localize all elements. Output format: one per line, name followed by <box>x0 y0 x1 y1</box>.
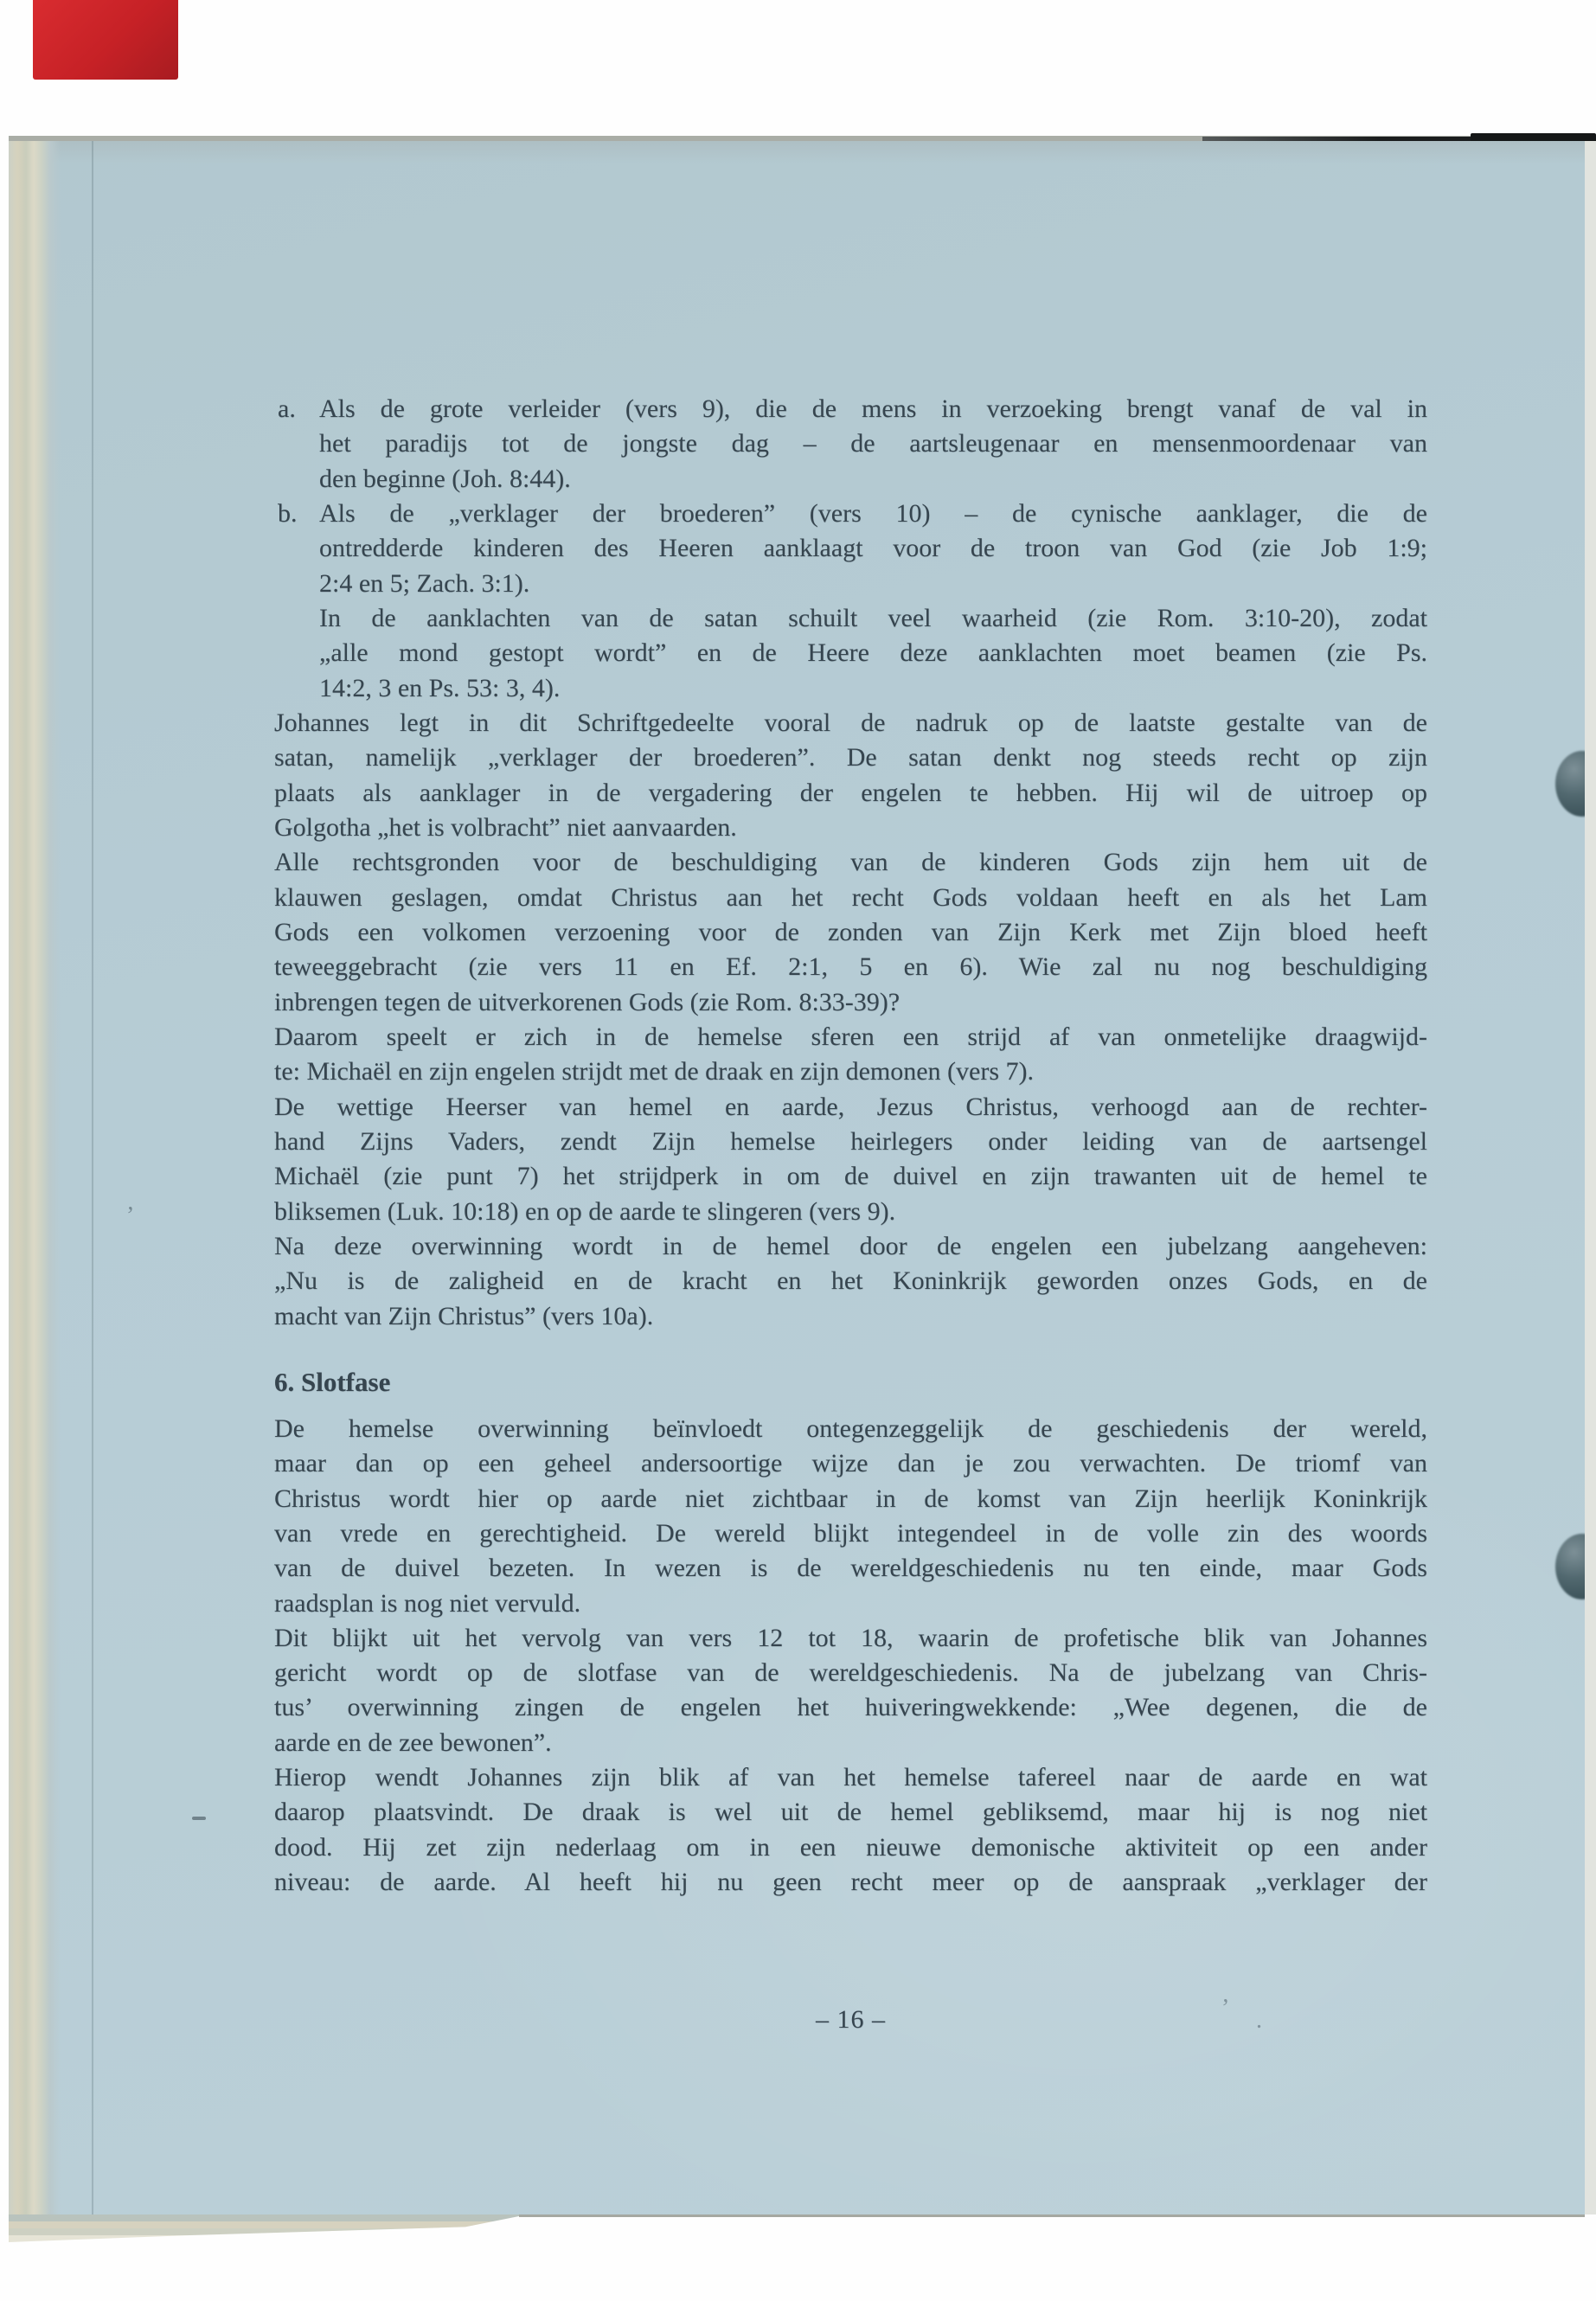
text-line: gericht wordt op de slotfase van de were… <box>274 1656 1427 1690</box>
text-line: teweeggebracht (zie vers 11 en Ef. 2:1, … <box>274 950 1427 984</box>
text-line: 14:2, 3 en Ps. 53: 3, 4). <box>319 671 1427 706</box>
scanned-document-page: a. Als de grote verleider (vers 9), die … <box>0 0 1596 2301</box>
text-line: van vrede en gerechtigheid. De wereld bl… <box>274 1516 1427 1551</box>
text-line: van de duivel bezeten. In wezen is de we… <box>274 1551 1427 1586</box>
paragraph: De wettige Heerser van hemel en aarde, J… <box>274 1090 1427 1229</box>
text-line: den beginne (Joh. 8:44). <box>319 462 1427 497</box>
text-line: niveau: de aarde. Al heeft hij nu geen r… <box>274 1865 1427 1900</box>
paragraph: Na deze overwinning wordt in de hemel do… <box>274 1229 1427 1334</box>
margin-mark-apostrophe: ’ <box>1221 1997 1229 2021</box>
text-line: macht van Zijn Christus” (vers 10a). <box>274 1299 1427 1334</box>
text-line: De hemelse overwinning beïnvloedt ontege… <box>274 1412 1427 1446</box>
page-stack-bottom-edge <box>9 2214 528 2242</box>
text-line: In de aanklachten van de satan schuilt v… <box>319 601 1427 636</box>
text-line: maar dan op een geheel andersoortige wij… <box>274 1446 1427 1481</box>
paragraph: Daarom speelt er zich in de hemelse sfer… <box>274 1020 1427 1090</box>
text-line: hand Zijns Vaders, zendt Zijn hemelse he… <box>274 1125 1427 1159</box>
text-line: Golgotha „het is volbracht” niet aanvaar… <box>274 811 1427 845</box>
text-line: 2:4 en 5; Zach. 3:1). <box>319 567 1427 601</box>
text-line: te: Michaël en zijn engelen strijdt met … <box>274 1054 1427 1089</box>
body-text: a. Als de grote verleider (vers 9), die … <box>274 392 1427 1900</box>
paragraph: De hemelse overwinning beïnvloedt ontege… <box>274 1412 1427 1621</box>
text-line: „Nu is de zaligheid en de kracht en het … <box>274 1264 1427 1298</box>
text-line: Daarom speelt er zich in de hemelse sfer… <box>274 1020 1427 1054</box>
margin-mark-dash <box>192 1817 206 1820</box>
page-crease <box>92 141 93 2214</box>
list-marker-b: b. <box>278 497 298 531</box>
text-line: Johannes legt in dit Schriftgedeelte voo… <box>274 706 1427 740</box>
page-number: – 16 – <box>274 2005 1427 2035</box>
margin-mark-comma: ’ <box>126 1204 134 1228</box>
text-line: Als de „verklager der broederen” (vers 1… <box>319 497 1427 531</box>
text-line: Alle rechtsgronden voor de beschuldiging… <box>274 845 1427 880</box>
text-line: dood. Hij zet zijn nederlaag om in een n… <box>274 1830 1427 1865</box>
text-line: inbrengen tegen de uitverkorenen Gods (z… <box>274 985 1427 1020</box>
text-line: klauwen geslagen, omdat Christus aan het… <box>274 881 1427 915</box>
text-line: het paradijs tot de jongste dag – de aar… <box>319 426 1427 461</box>
page-stack-left-edge <box>9 141 61 2214</box>
paragraph: Dit blijkt uit het vervolg van vers 12 t… <box>274 1621 1427 1760</box>
text-line: Hierop wendt Johannes zijn blik af van h… <box>274 1760 1427 1795</box>
text-line: satan, namelijk „verklager der broederen… <box>274 740 1427 775</box>
text-line: aarde en de zee bewonen”. <box>274 1726 1427 1760</box>
list-marker-a: a. <box>278 392 296 426</box>
text-line: „alle mond gestopt wordt” en de Heere de… <box>319 636 1427 670</box>
text-line: Michaël (zie punt 7) het strijdperk in o… <box>274 1159 1427 1194</box>
text-line: tus’ overwinning zingen de engelen het h… <box>274 1690 1427 1725</box>
list-item-a: a. Als de grote verleider (vers 9), die … <box>274 392 1427 497</box>
text-line: Na deze overwinning wordt in de hemel do… <box>274 1229 1427 1264</box>
text-line: bliksemen (Luk. 10:18) en op de aarde te… <box>274 1195 1427 1229</box>
text-line: Dit blijkt uit het vervolg van vers 12 t… <box>274 1621 1427 1656</box>
text-line: raadsplan is nog niet vervuld. <box>274 1586 1427 1621</box>
page-bottom-edge <box>519 2214 1585 2217</box>
indented-paragraph: In de aanklachten van de satan schuilt v… <box>274 601 1427 706</box>
text-line: ontredderde kinderen des Heeren aanklaag… <box>319 531 1427 566</box>
margin-mark-dot: . <box>1256 2009 1262 2033</box>
paragraph: Hierop wendt Johannes zijn blik af van h… <box>274 1760 1427 1900</box>
section-heading: 6. Slotfase <box>274 1365 1427 1400</box>
text-line: plaats als aanklager in de vergadering d… <box>274 776 1427 811</box>
text-line: daarop plaatsvindt. De draak is wel uit … <box>274 1795 1427 1830</box>
page-right-edge <box>1585 141 1596 2214</box>
text-line: Christus wordt hier op aarde niet zichtb… <box>274 1482 1427 1516</box>
paragraph: Alle rechtsgronden voor de beschuldiging… <box>274 845 1427 1020</box>
text-line: Gods een volkomen verzoening voor de zon… <box>274 915 1427 950</box>
text-line: Als de grote verleider (vers 9), die de … <box>319 392 1427 426</box>
red-bookmark-tab <box>33 0 178 80</box>
text-line: De wettige Heerser van hemel en aarde, J… <box>274 1090 1427 1125</box>
list-item-b: b. Als de „verklager der broederen” (ver… <box>274 497 1427 601</box>
scan-artifact-smudge <box>1555 1534 1585 1599</box>
paragraph: Johannes legt in dit Schriftgedeelte voo… <box>274 706 1427 845</box>
scan-artifact-smudge <box>1555 751 1585 817</box>
